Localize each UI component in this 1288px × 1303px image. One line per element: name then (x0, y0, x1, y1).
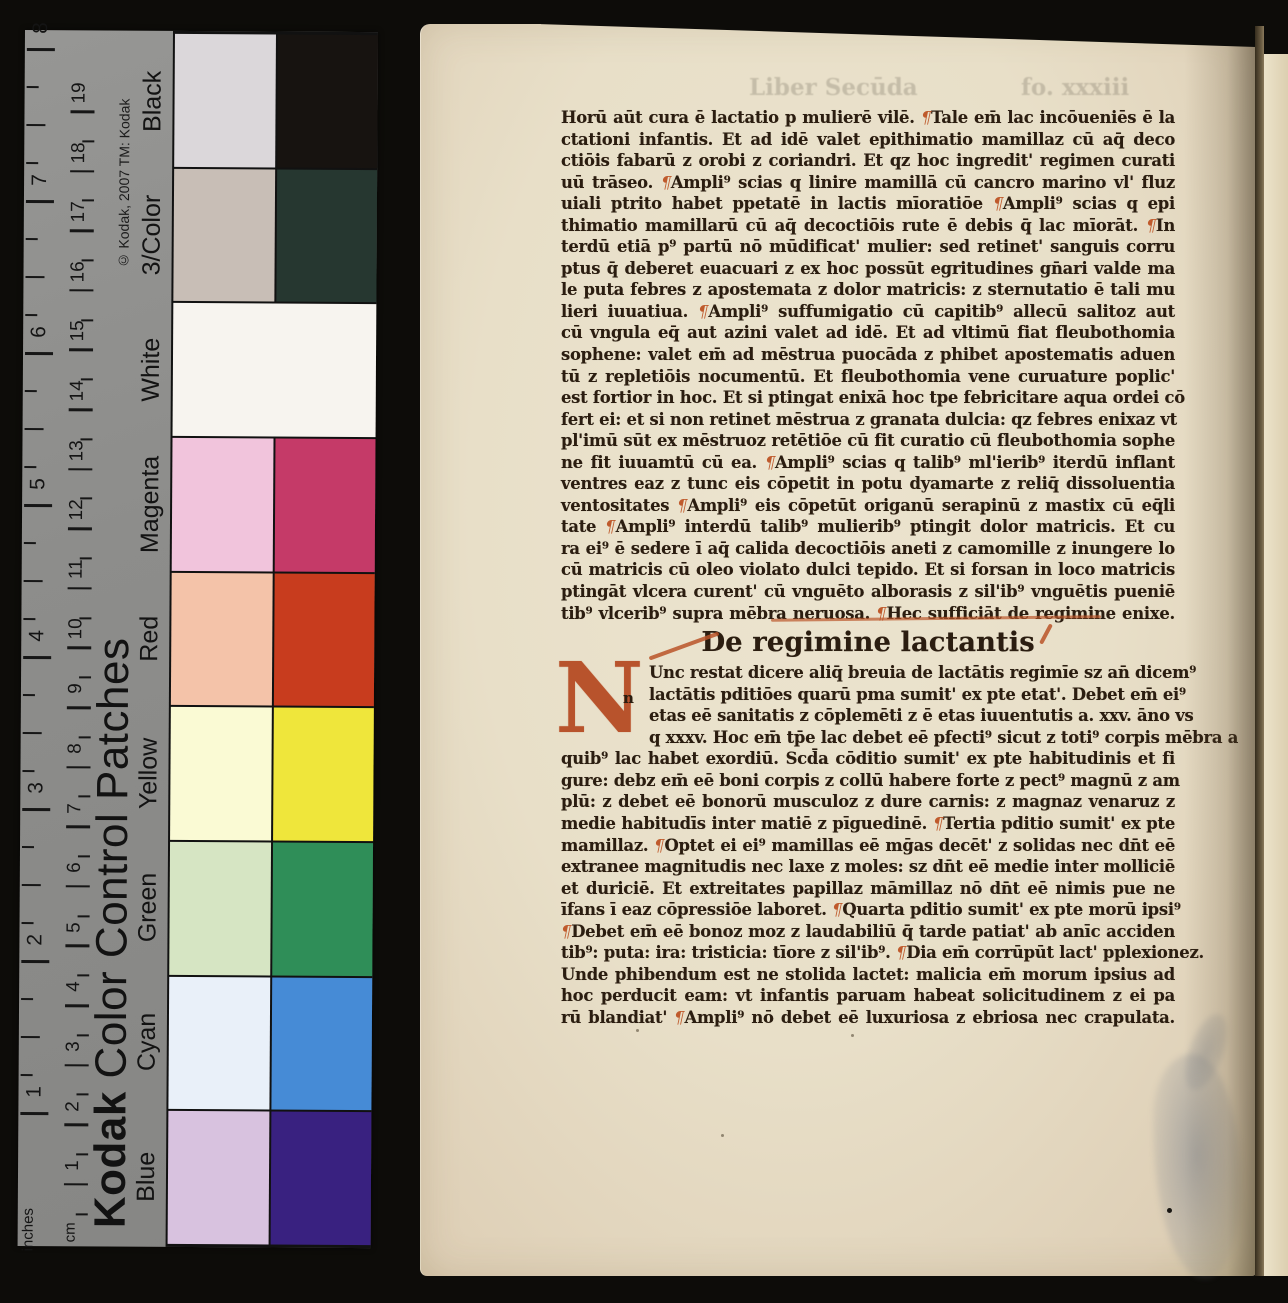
patch-label-green: Green (127, 840, 168, 975)
text-line: le puta febres z apostemata z dolor matr… (561, 279, 1175, 301)
show-through-folio-number: fo. xxxiii (1021, 74, 1129, 101)
ruler-tick (70, 229, 94, 232)
color-patch-row-white (173, 303, 377, 437)
ruler-cm-label: cm (62, 1222, 79, 1246)
text-line: extranee magnitudis nec laxe z moles: sz… (561, 856, 1175, 878)
color-patch-row-cyan (168, 977, 372, 1111)
ruler-tick (21, 1036, 40, 1038)
text-line: tū z repletiōis nocumentū. Et fleubothom… (561, 366, 1175, 388)
patch-strong (277, 35, 378, 168)
patch-light (172, 438, 273, 571)
text-line: sophene: valet em̄ ad mēstrua puocāda z … (561, 344, 1175, 366)
ruler-tick (70, 110, 94, 113)
ruler-tick (21, 998, 33, 1000)
ruler-tick (22, 808, 50, 811)
kodak-color-card: 8765432119181716151413121110987654321 in… (18, 30, 378, 1248)
text-line: est fortior in hoc. Et si ptingat enixā … (561, 387, 1175, 409)
text-line: ventositates ¶Ampli⁹ eis cōpetūt origanū… (561, 495, 1175, 517)
show-through-header-title: Liber Secūda (749, 74, 918, 101)
color-patch-row-yellow (170, 707, 374, 841)
inch-number-3: 3 (24, 776, 48, 800)
inch-number-1: 1 (22, 1080, 46, 1104)
ruler-tick (22, 770, 34, 772)
patch-light (168, 977, 269, 1110)
color-patch-row-3-color (173, 169, 377, 303)
gutter-shadow (1184, 24, 1256, 1276)
ruler-tick (24, 580, 43, 582)
ruler-tick (27, 86, 39, 88)
paragraph-regimine-lactantis: N n Unc restat dicere aliq̄ breuia de la… (561, 662, 1175, 1028)
red-right-flourish (1039, 623, 1053, 644)
ruler-tick (24, 542, 36, 544)
text-line: Horū aūt cura ē lactatio p mulierē vilē.… (561, 107, 1175, 129)
patch-label-yellow: Yellow (128, 706, 169, 841)
text-line: mamillaz. ¶Optet ei ei⁹ mamillas eē mḡas… (561, 835, 1175, 857)
patch-light (174, 34, 275, 167)
patch-label-cyan: Cyan (126, 975, 167, 1110)
patch-light (170, 707, 271, 840)
patch-strong (276, 169, 377, 302)
color-patch-grid (166, 31, 378, 1248)
ruler-tick (26, 124, 45, 126)
ruler-tick (25, 390, 37, 392)
ruler-tick (69, 289, 93, 292)
ruler-tick (69, 408, 93, 411)
color-patch-row-red (171, 573, 375, 707)
ruler-tick (69, 349, 93, 352)
text-line: ra ei⁹ ē sedere ī aq̄ calida decoctiōis … (561, 538, 1175, 560)
patch-strong (270, 1112, 371, 1245)
ruler-tick (26, 200, 54, 203)
ruler-tick (20, 1112, 48, 1115)
text-line: ventres eaz z tunc eis cōpetit in potu d… (561, 473, 1175, 495)
text-line: pl'imū sūt ex mēstruoz retētiōe cū fit c… (561, 430, 1175, 452)
inch-number-2: 2 (23, 928, 47, 952)
patch-strong (274, 439, 375, 572)
binding-crease (1255, 26, 1264, 1276)
guide-letter: n (623, 688, 634, 710)
ruler-tick (25, 276, 44, 278)
ruler-tick (26, 162, 38, 164)
text-line: cū matricis cū oleo violato dulci tepido… (561, 559, 1175, 581)
text-line: q xxxv. Hoc em̄ tp̄e lac debet eē pfecti… (561, 727, 1175, 749)
text-line: tib⁹: puta: ira: tristicia: tīore z sil'… (561, 942, 1175, 964)
text-block: Horū aūt cura ē lactatio p mulierē vilē.… (561, 107, 1175, 1028)
photo-canvas: { "color_card": { "title_bold": "Kodak",… (0, 0, 1288, 1303)
ruler-tick (22, 846, 34, 848)
inch-number-7: 7 (28, 168, 52, 192)
text-line: medie habitudīs inter matiē z pīguedinē.… (561, 813, 1175, 835)
color-patch-row-black (174, 34, 378, 168)
text-line: hoc perducit eam: vt infantis paruam hab… (561, 985, 1175, 1007)
ruler-tick (68, 527, 92, 530)
text-line: etas eē sanitatis z cōplemēti z ē etas i… (561, 705, 1175, 727)
color-patch-row-magenta (172, 438, 376, 572)
patch-strong (273, 573, 374, 706)
patch-light (171, 573, 272, 706)
text-line: ptus q̄ deberet euacuari z ex hoc possūt… (561, 258, 1175, 280)
text-line: ptingāt vlcera curent' cū vnguēto albora… (561, 581, 1175, 603)
inch-number-6: 6 (27, 320, 51, 344)
patch-label-red: Red (129, 571, 170, 706)
patch-full (173, 303, 377, 437)
text-line: ne fit iuuamtū cū ea. ¶Ampli⁹ scias q ta… (561, 452, 1175, 474)
ruler-tick (25, 314, 37, 316)
text-line: terdū etiā p⁹ partū nō mūdificat' mulier… (561, 236, 1175, 258)
patch-light (173, 169, 274, 302)
cm-number-16: 16 (67, 261, 89, 288)
text-line: fert ei: et si non retinet mēstrua z gra… (561, 409, 1175, 431)
text-line: lieri iuuatiua. ¶Ampli⁹ suffumigatio cū … (561, 301, 1175, 323)
text-line: plū: z debet eē bonorū musculoz z dure c… (561, 791, 1175, 813)
ruler-tick (21, 960, 49, 963)
ruler-tick (26, 238, 38, 240)
patch-strong (272, 843, 373, 976)
patch-strong (271, 977, 372, 1110)
ruler-tick (22, 922, 34, 924)
text-line: ctiōis fabarū z orobi z coriandri. Et qz… (561, 150, 1175, 172)
ruler-tick (68, 468, 92, 471)
text-line: gure: debz em̄ eē boni corpis z collū ha… (561, 770, 1175, 792)
ruler-tick (68, 587, 92, 590)
text-line: Unde phibendum est ne stolida lactet: ma… (561, 964, 1175, 986)
ruler-tick (22, 884, 41, 886)
text-line: rū blandiat' ¶Ampli⁹ nō debet eē luxurio… (561, 1007, 1175, 1029)
color-patch-row-green (169, 842, 373, 976)
text-line: ¶Debet em̄ eē bonoz moz z laudabiliū q̄ … (561, 921, 1175, 943)
ruler-tick (24, 466, 36, 468)
ruler-tick (24, 504, 52, 507)
chapter-heading: De regimine lactantis (701, 626, 1034, 658)
inch-number-4: 4 (25, 624, 49, 648)
patch-light (169, 842, 270, 975)
cm-number-15: 15 (67, 321, 89, 348)
text-line: īfans ī eaz cōpressiōe laboret. ¶Quarta … (561, 899, 1175, 921)
ruler-tick (25, 352, 53, 355)
ruler-tick (21, 1074, 33, 1076)
patch-label-white: White (131, 303, 172, 438)
cm-number-12: 12 (66, 499, 88, 526)
text-line: lactātis pditiōes quarū pma sumit' ex pt… (561, 684, 1175, 706)
inch-number-8: 8 (29, 16, 53, 40)
cm-number-18: 18 (68, 142, 90, 169)
text-line: tib⁹ vlcerib⁹ supra mēbra neruosa. ¶Hec … (561, 603, 1175, 625)
cm-number-17: 17 (68, 201, 90, 228)
patch-label-black: Black (132, 34, 173, 169)
patch-light (168, 1111, 269, 1244)
patch-strong (273, 708, 374, 841)
patch-label-blue: Blue (126, 1109, 167, 1244)
ruler-tick (23, 694, 35, 696)
drop-cap-box: N n (561, 662, 649, 728)
cm-number-11: 11 (66, 559, 88, 585)
text-line: Unc restat dicere aliq̄ breuia de lactāt… (561, 662, 1175, 684)
inch-number-5: 5 (26, 472, 50, 496)
text-line: cū vngula eq̄ aut azini valet ad idē. Et… (561, 322, 1175, 344)
patch-label-magenta: Magenta (130, 437, 171, 572)
ruler-inches-label: inches (20, 1208, 37, 1255)
text-line: et duriciē. Et extreitates papillaz māmi… (561, 878, 1175, 900)
ruler-tick (23, 656, 51, 659)
ruler-tick (23, 732, 42, 734)
ruler-tick (27, 48, 55, 51)
paper-speck (721, 1134, 724, 1137)
paper-speck (851, 1034, 854, 1037)
patch-label-3-color: 3/Color (131, 168, 172, 303)
paragraph-regimine-enixe: Horū aūt cura ē lactatio p mulierē vilē.… (561, 107, 1175, 624)
text-line: uiali ptrito habet ppetatē in lactis mīo… (561, 193, 1175, 215)
ruler-tick (23, 618, 35, 620)
paper-speck (636, 1029, 639, 1032)
text-line: ctationi infantis. Et ad idē valet epith… (561, 129, 1175, 151)
page-top-edge-slope (541, 22, 1256, 48)
chapter-heading-row: De regimine lactantis (561, 624, 1175, 662)
cm-number-14: 14 (67, 380, 89, 407)
text-line: quib⁹ lac habet exordiū. Scd̄a cōditio s… (561, 748, 1175, 770)
color-patch-row-blue (168, 1111, 372, 1245)
text-line: thimatio mamillarū cū aq̄ decoctiōis rut… (561, 215, 1175, 237)
adjacent-page-edge (1264, 54, 1288, 1276)
cm-number-19: 19 (69, 82, 91, 109)
ruler-tick (70, 170, 94, 173)
text-line: tate ¶Ampli⁹ interdū talib⁹ mulierib⁹ pt… (561, 516, 1175, 538)
manuscript-page: Liber Secūda fo. xxxiii Horū aūt cura ē … (420, 24, 1256, 1276)
ink-dot (1167, 1208, 1172, 1213)
ruler-tick (25, 428, 44, 430)
cm-number-13: 13 (66, 440, 88, 467)
text-line: uū trāseo. ¶Ampli⁹ scias q linire mamill… (561, 172, 1175, 194)
